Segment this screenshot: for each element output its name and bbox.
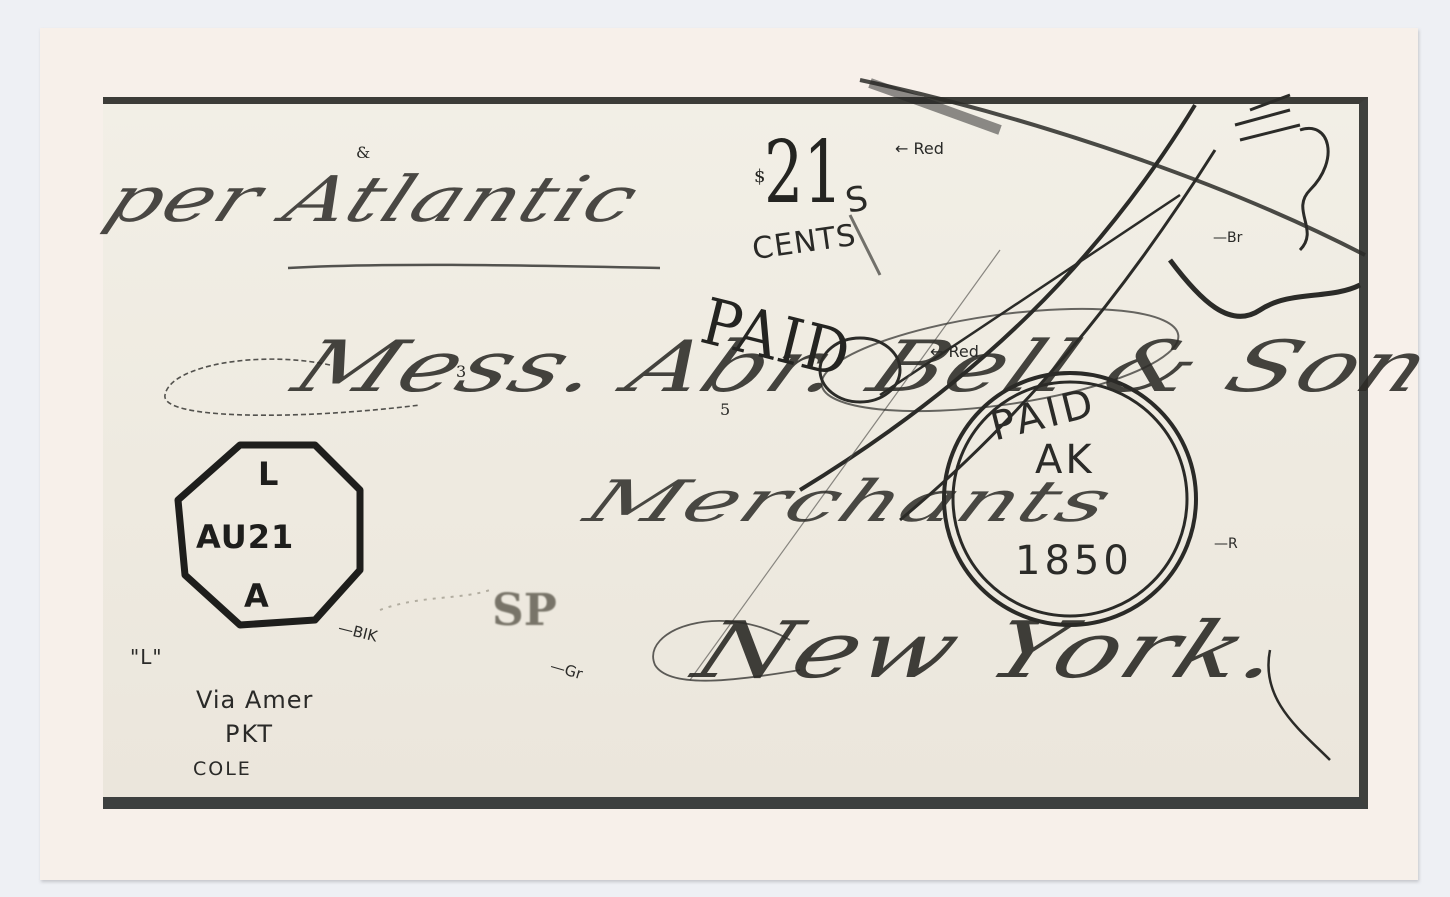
annotation-route-line1: Via Amer <box>196 686 313 714</box>
annotation-brown: —Br <box>1213 230 1242 246</box>
annotation-cds-color: —R <box>1214 536 1238 552</box>
manuscript-city: New York. <box>682 606 1300 696</box>
annotation-paid-color: ← Red <box>930 342 979 361</box>
small-mark: 3 <box>456 362 466 381</box>
cds-year-text: 1850 <box>1015 538 1133 584</box>
annotation-octagon-label: "L" <box>130 645 163 669</box>
annotation-route-line2: PKT <box>225 720 274 748</box>
small-mark: & <box>356 143 370 162</box>
octagon-bottom-letter: A <box>244 577 269 615</box>
rate-value: 21 <box>764 130 843 216</box>
manuscript-routing: per Atlantic <box>95 162 651 236</box>
cds-code-text: AK <box>1035 437 1095 483</box>
octagon-top-letter: L <box>258 455 278 493</box>
annotation-rate-color: ← Red <box>895 139 944 158</box>
small-mark: 5 <box>720 400 730 419</box>
octagon-date: AU21 <box>196 518 294 556</box>
annotation-route-line3: COLE <box>193 758 252 780</box>
faint-sp-marking: SP <box>492 585 557 636</box>
